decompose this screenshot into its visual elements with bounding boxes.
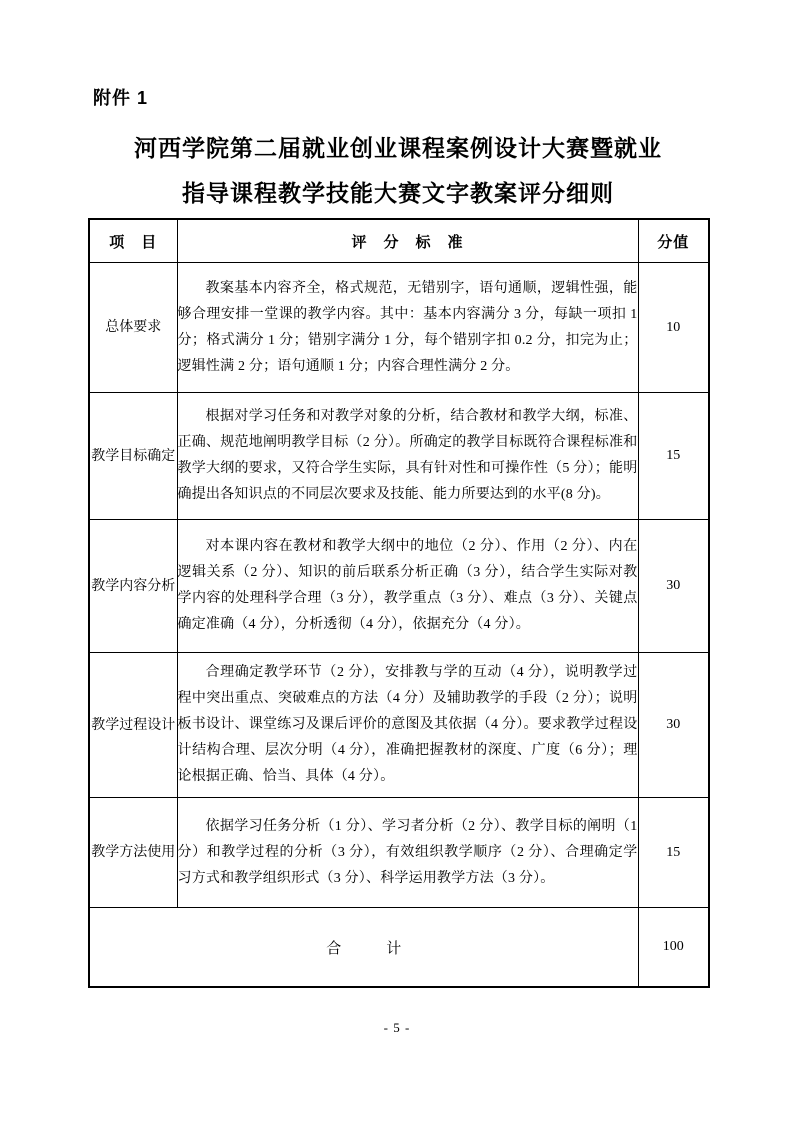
header-score: 分值 xyxy=(638,219,709,263)
document-title-line-2: 指导课程教学技能大赛文字教案评分细则 xyxy=(70,171,726,216)
total-row: 合 计 100 xyxy=(89,908,709,988)
row-score-value: 30 xyxy=(638,653,709,798)
table-row: 教学目标确定 根据对学习任务和对教学对象的分析，结合教材和教学大纲，标准、正确、… xyxy=(89,393,709,520)
row-score-value: 30 xyxy=(638,520,709,653)
total-score-value: 100 xyxy=(638,908,709,988)
row-criteria-text: 依据学习任务分析（1 分）、学习者分析（2 分）、教学目标的阐明（1 分）和教学… xyxy=(178,814,638,892)
table-row: 总体要求 教案基本内容齐全，格式规范，无错别字，语句通顺，逻辑性强，能够合理安排… xyxy=(89,263,709,393)
row-item-label: 教学方法使用 xyxy=(89,798,177,908)
row-score-value: 10 xyxy=(638,263,709,393)
table-header-row: 项 目 评 分 标 准 分值 xyxy=(89,219,709,263)
header-item: 项 目 xyxy=(89,219,177,263)
table-row: 教学方法使用 依据学习任务分析（1 分）、学习者分析（2 分）、教学目标的阐明（… xyxy=(89,798,709,908)
header-criteria: 评 分 标 准 xyxy=(177,219,638,263)
scoring-rubric-table: 项 目 评 分 标 准 分值 总体要求 教案基本内容齐全，格式规范，无错别字，语… xyxy=(88,218,710,988)
row-criteria-cell: 教案基本内容齐全，格式规范，无错别字，语句通顺，逻辑性强，能够合理安排一堂课的教… xyxy=(177,263,638,393)
row-criteria-text: 教案基本内容齐全，格式规范，无错别字，语句通顺，逻辑性强，能够合理安排一堂课的教… xyxy=(178,276,638,380)
row-criteria-cell: 根据对学习任务和对教学对象的分析，结合教材和教学大纲，标准、正确、规范地阐明教学… xyxy=(177,393,638,520)
row-criteria-cell: 对本课内容在教材和教学大纲中的地位（2 分）、作用（2 分）、内在逻辑关系（2 … xyxy=(177,520,638,653)
row-criteria-cell: 合理确定教学环节（2 分），安排教与学的互动（4 分），说明教学过程中突出重点、… xyxy=(177,653,638,798)
document-title: 河西学院第二届就业创业课程案例设计大赛暨就业 指导课程教学技能大赛文字教案评分细… xyxy=(70,126,726,216)
document-title-line-1: 河西学院第二届就业创业课程案例设计大赛暨就业 xyxy=(70,126,726,171)
row-item-label: 教学内容分析 xyxy=(89,520,177,653)
row-item-label: 教学目标确定 xyxy=(89,393,177,520)
row-item-label: 总体要求 xyxy=(89,263,177,393)
total-label: 合 计 xyxy=(89,908,638,988)
row-score-value: 15 xyxy=(638,798,709,908)
table-row: 教学过程设计 合理确定教学环节（2 分），安排教与学的互动（4 分），说明教学过… xyxy=(89,653,709,798)
table-row: 教学内容分析 对本课内容在教材和教学大纲中的地位（2 分）、作用（2 分）、内在… xyxy=(89,520,709,653)
row-score-value: 15 xyxy=(638,393,709,520)
document-page: 附件 1 河西学院第二届就业创业课程案例设计大赛暨就业 指导课程教学技能大赛文字… xyxy=(0,0,794,1123)
row-criteria-text: 合理确定教学环节（2 分），安排教与学的互动（4 分），说明教学过程中突出重点、… xyxy=(178,660,638,790)
row-item-label: 教学过程设计 xyxy=(89,653,177,798)
row-criteria-text: 对本课内容在教材和教学大纲中的地位（2 分）、作用（2 分）、内在逻辑关系（2 … xyxy=(178,534,638,638)
attachment-label: 附件 1 xyxy=(93,84,148,110)
row-criteria-text: 根据对学习任务和对教学对象的分析，结合教材和教学大纲，标准、正确、规范地阐明教学… xyxy=(178,404,638,508)
row-criteria-cell: 依据学习任务分析（1 分）、学习者分析（2 分）、教学目标的阐明（1 分）和教学… xyxy=(177,798,638,908)
footer-page-number: - 5 - xyxy=(0,1020,794,1036)
